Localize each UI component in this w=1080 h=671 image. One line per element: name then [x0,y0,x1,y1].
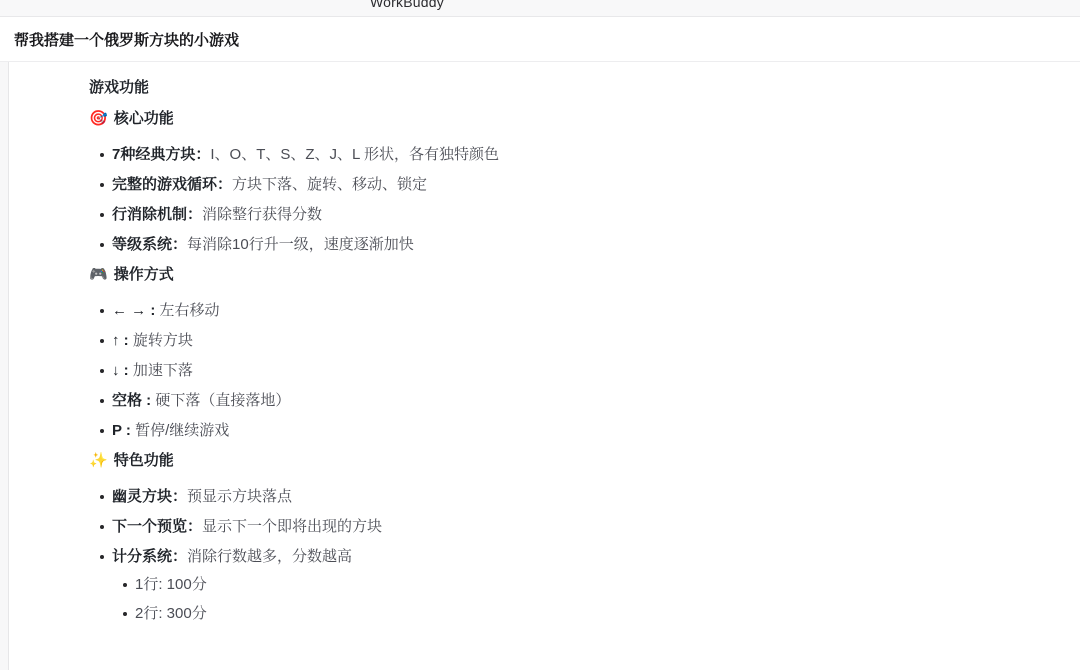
list-item: P : 暂停/继续游戏 [89,423,1056,439]
section-title-text: 核心功能 [114,110,174,127]
list-item: 计分系统：消除行数越多，分数越高 1行: 100分 2行: 300分 [89,549,1056,622]
question-title: 帮我搭建一个俄罗斯方块的小游戏 [14,29,239,50]
item-description: 每消除10行升一级，速度逐渐加快 [187,236,414,253]
item-separator: ： [187,206,202,223]
item-separator: : [120,362,133,379]
sub-list-item: 1行: 100分 [112,577,1056,593]
item-description: 显示下一个即将出现的方块 [202,518,382,535]
item-separator: : [122,422,135,439]
content-area: 游戏功能 🎯核心功能 7种经典方块：I、O、T、S、Z、J、L 形状，各有独特颜… [0,62,1080,670]
core-feature-list: 7种经典方块：I、O、T、S、Z、J、L 形状，各有独特颜色 完整的游戏循环：方… [89,147,1056,253]
item-term: ↓ [112,362,120,379]
list-item: ↓ : 加速下落 [89,363,1056,379]
item-term: 7种经典方块 [112,146,195,163]
intro-heading: 游戏功能 [89,80,1056,96]
item-term: 等级系统 [112,236,172,253]
item-separator: : [120,332,133,349]
list-item: 7种经典方块：I、O、T、S、Z、J、L 形状，各有独特颜色 [89,147,1056,163]
item-description: 左右移动 [160,302,220,319]
item-term: 计分系统 [112,548,172,565]
section-title-text: 特色功能 [114,452,174,469]
item-description: 方块下落、旋转、移动、锁定 [232,176,427,193]
list-item: 完整的游戏循环：方块下落、旋转、移动、锁定 [89,177,1056,193]
list-item: ↑ : 旋转方块 [89,333,1056,349]
item-term: 空格 [112,392,142,409]
list-item: 行消除机制：消除整行获得分数 [89,207,1056,223]
item-description: 硬下落（直接落地） [155,392,290,409]
question-header: 帮我搭建一个俄罗斯方块的小游戏 [0,17,1080,62]
list-item: 下一个预览：显示下一个即将出现的方块 [89,519,1056,535]
item-separator: : [146,302,159,319]
item-description: 暂停/继续游戏 [135,422,229,439]
list-item: 等级系统：每消除10行升一级，速度逐渐加快 [89,237,1056,253]
gamepad-emoji-icon: 🎮 [89,266,108,283]
item-description: 旋转方块 [133,332,193,349]
item-description: 加速下落 [133,362,193,379]
score-sublist: 1行: 100分 2行: 300分 [112,577,1056,622]
sparkles-emoji-icon: ✨ [89,452,108,469]
item-term: ↑ [112,332,120,349]
section-title-text: 操作方式 [114,266,174,283]
controls-list: ← → : 左右移动 ↑ : 旋转方块 ↓ : 加速下落 空格 : 硬下落（直接… [89,303,1056,439]
section-title-controls: 🎮操作方式 [89,267,1056,283]
item-separator: ： [172,488,187,505]
item-separator: ： [195,146,210,163]
special-feature-list: 幽灵方块：预显示方块落点 下一个预览：显示下一个即将出现的方块 计分系统：消除行… [89,489,1056,622]
item-separator: ： [172,548,187,565]
item-separator: : [142,392,155,409]
item-description: I、O、T、S、Z、J、L 形状，各有独特颜色 [210,146,499,163]
item-separator: ： [187,518,202,535]
item-description: 消除整行获得分数 [202,206,322,223]
dart-emoji-icon: 🎯 [89,110,108,127]
item-term: 幽灵方块 [112,488,172,505]
item-description: 预显示方块落点 [187,488,292,505]
answer-panel[interactable]: 游戏功能 🎯核心功能 7种经典方块：I、O、T、S、Z、J、L 形状，各有独特颜… [8,62,1080,670]
item-term: 完整的游戏循环 [112,176,217,193]
item-term: P [112,422,122,439]
section-title-special: ✨特色功能 [89,453,1056,469]
app-title: WorkBuddy [370,0,444,10]
top-bar: WorkBuddy [0,0,1080,17]
sub-list-item: 2行: 300分 [112,606,1056,622]
list-item: 空格 : 硬下落（直接落地） [89,393,1056,409]
item-term: ← → [112,302,146,319]
item-term: 下一个预览 [112,518,187,535]
list-item: 幽灵方块：预显示方块落点 [89,489,1056,505]
item-separator: ： [217,176,232,193]
section-title-core: 🎯核心功能 [89,111,1056,127]
list-item: ← → : 左右移动 [89,303,1056,319]
item-term: 行消除机制 [112,206,187,223]
item-separator: ： [172,236,187,253]
item-description: 消除行数越多，分数越高 [187,548,352,565]
